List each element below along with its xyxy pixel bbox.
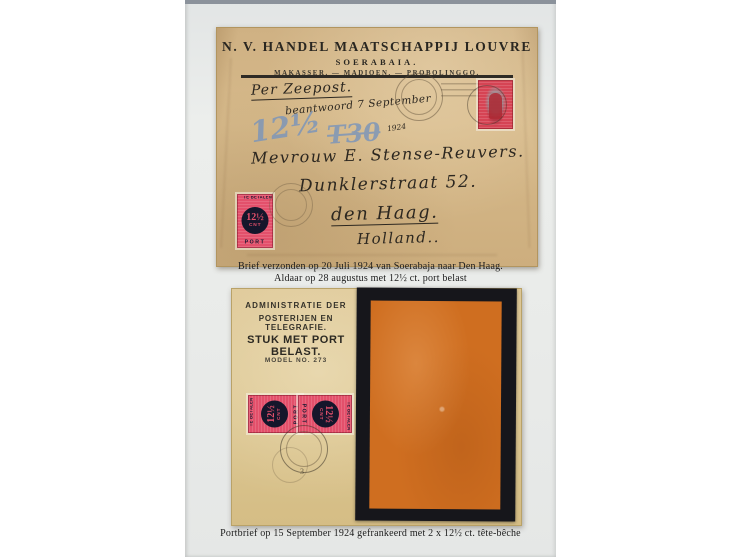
page-top-edge-strip: [185, 0, 556, 4]
crease-line: [220, 58, 232, 248]
port-belast-card: ADMINISTRATIE DER POSTERIJEN EN TELEGRAF…: [231, 288, 522, 526]
due-stamp-header: TE BETALEN: [346, 402, 350, 426]
due-stamp-disc: 12½ CNT: [242, 207, 269, 234]
postage-due-stamp: TE BETALEN 12½ CNT PORT: [237, 194, 273, 248]
header-rule: [241, 75, 513, 78]
due-stamp-disc: 12½ CNT: [261, 401, 288, 428]
due-stamp-value: 12½: [267, 405, 276, 423]
envelope-cover: N. V. HANDEL MAATSCHAPPIJ LOUVRE SOERABA…: [216, 27, 538, 267]
arrival-postmark: [269, 183, 313, 227]
due-stamp-footer: PORT: [241, 239, 268, 245]
caption-top-line2: Aldaar op 28 augustus met 12½ ct. port b…: [185, 273, 556, 284]
crease-line: [247, 254, 497, 256]
due-stamp-unit: CNT: [318, 408, 324, 420]
card-model-number: MODEL NO. 273: [232, 357, 360, 364]
machine-cancel-postmark: [395, 73, 443, 121]
admin-line-2: POSTERIJEN EN TELEGRAFIE.: [232, 314, 360, 332]
postmark-digit: 3: [300, 467, 304, 476]
due-stamp-disc: 12½ CNT: [312, 401, 339, 428]
label-black-frame: [355, 287, 517, 521]
card-title: STUK MET PORT BELAST.: [232, 334, 360, 358]
address-line-4: Holland..: [357, 228, 440, 248]
address-line-1: Mevrouw E. Stense-Reuvers.: [251, 141, 525, 167]
route-manuscript: Per Zeepost.: [251, 79, 353, 101]
envelope-printed-header: N. V. HANDEL MAATSCHAPPIJ LOUVRE SOERABA…: [217, 39, 537, 77]
postmark-inner-ring: [275, 189, 307, 221]
address-line-3: den Haag.: [331, 202, 439, 227]
admin-line-1: ADMINISTRATIE DER: [232, 301, 360, 310]
due-stamp-value: 12½: [246, 213, 264, 222]
company-name: N. V. HANDEL MAATSCHAPPIJ LOUVRE: [217, 39, 537, 55]
caption-bottom: Portbrief op 15 September 1924 gefrankee…: [185, 528, 556, 539]
answered-year: 1924: [386, 122, 406, 134]
stamp-cancel-ring: [467, 85, 507, 125]
due-stamp-unit: CNT: [276, 408, 282, 420]
due-stamp-value: 12½: [325, 405, 334, 423]
due-stamp-unit: CNT: [249, 222, 261, 228]
address-line-2: Dunklerstraat 52.: [299, 172, 478, 197]
postmark-inner-ring: [401, 79, 437, 115]
due-stamp-header: TE BETALEN: [243, 196, 266, 200]
card-postmark-faint: [272, 447, 308, 483]
label-orange-paper: [369, 301, 501, 510]
album-page-photo: N. V. HANDEL MAATSCHAPPIJ LOUVRE SOERABA…: [0, 0, 740, 557]
company-city: SOERABAIA.: [217, 57, 537, 67]
due-amount-crayon: 12½: [248, 105, 323, 150]
due-stamp-header: TE BETALEN: [250, 402, 254, 426]
caption-top-line1: Brief verzonden op 20 Juli 1924 van Soer…: [185, 261, 556, 272]
franking-stamp: [478, 80, 513, 129]
